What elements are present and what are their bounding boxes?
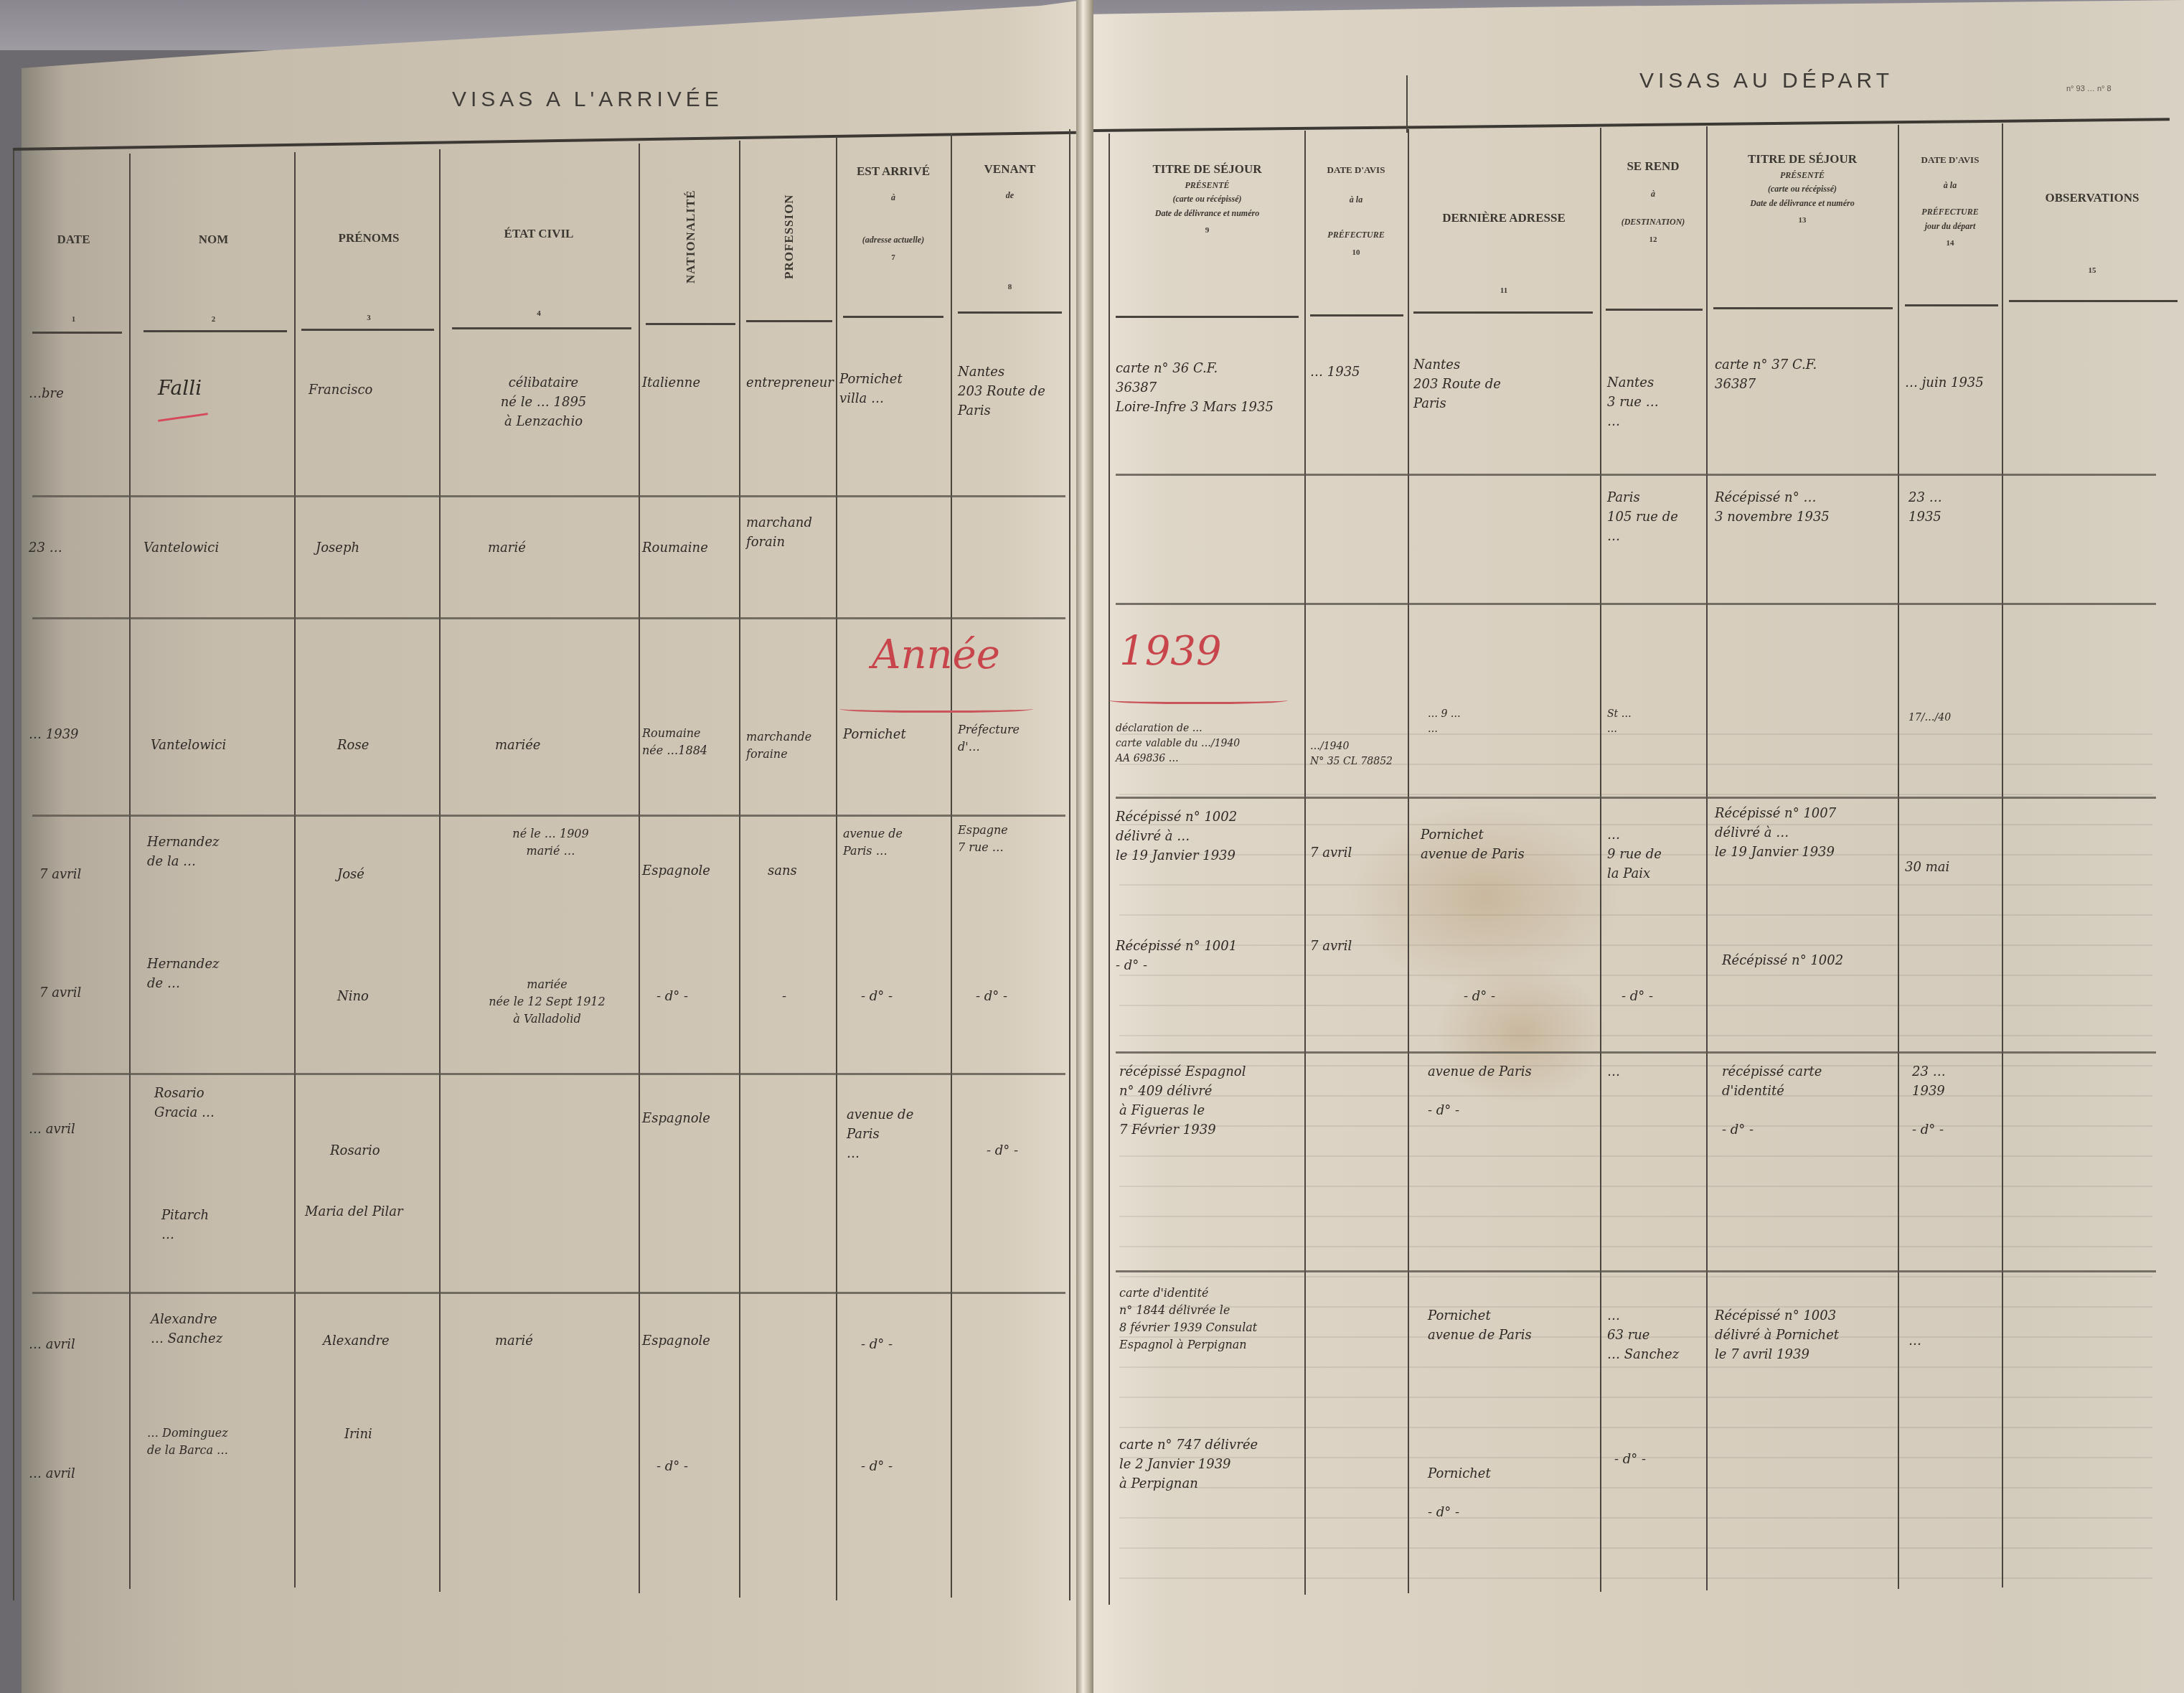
entry-se-rend: - d° - — [1621, 987, 1700, 1006]
col-header-titre-sejour: TITRE DE SÉJOUR PRÉSENTÉ (carte ou récép… — [1112, 159, 1302, 237]
entry-nom: Vantelowici — [143, 538, 291, 558]
entry-date: 23 … — [29, 538, 126, 558]
entry-nom: … Dominguez de la Barca … — [147, 1425, 294, 1459]
entry-etat-civil: mariée — [495, 736, 631, 755]
entry-prenoms: Nino — [337, 987, 434, 1006]
entry-date-avis-depart: 23 … 1939 - d° - — [1912, 1062, 1998, 1140]
entry-derniere-adresse: Pornichet - d° - — [1428, 1464, 1596, 1522]
entry-titre-sejour: Récépissé n° 1001 - d° - — [1116, 937, 1302, 975]
year-annotation-year: 1939 — [1119, 632, 1222, 672]
entry-titre-sejour: carte d'identité n° 1844 délivrée le 8 f… — [1119, 1285, 1302, 1354]
entry-derniere-adresse: … 9 … … — [1428, 707, 1593, 737]
red-wavy-underline — [1109, 695, 1288, 704]
entry-date: …bre — [29, 384, 126, 403]
entry-prenoms: Rosario — [330, 1141, 434, 1160]
col-header-date-avis: DATE D'AVIS à la PRÉFECTURE 10 — [1307, 159, 1405, 259]
entry-se-rend: … 63 rue … Sanchez — [1607, 1306, 1704, 1364]
entry-date-avis-depart: 23 … 1935 — [1908, 488, 1998, 527]
entry-titre-sejour-depart: carte n° 37 C.F. 36387 — [1715, 355, 1894, 394]
col-header-se-rend: SE REND à (DESTINATION) 12 — [1603, 156, 1703, 246]
entry-date-avis-depart: … juin 1935 — [1905, 373, 1998, 393]
form-reference: n° 93 … n° 8 — [2066, 85, 2112, 93]
entry-nom: Hernandez de la … — [147, 833, 291, 871]
entry-est-arrive: avenue de Paris … — [843, 825, 943, 860]
entry-date: … avril — [29, 1120, 129, 1139]
entry-titre-sejour: carte n° 747 délivrée le 2 Janvier 1939 … — [1119, 1435, 1302, 1493]
col-header-est-arrive: EST ARRIVÉ à (adresse actuelle) 7 — [839, 161, 947, 264]
entry-est-arrive: Pornichet — [843, 725, 943, 744]
entry-titre-sejour: carte n° 36 C.F. 36387 Loire-Infre 3 Mar… — [1116, 359, 1302, 417]
entry-nom: Rosario Gracia … — [154, 1084, 291, 1122]
entry-date: … 1939 — [29, 725, 126, 744]
entry-date-avis-depart: 17/…/40 — [1908, 711, 1998, 726]
entry-prenoms: Rose — [337, 736, 434, 755]
entry-date-avis: … 1935 — [1310, 362, 1403, 382]
entry-etat-civil: marié — [488, 538, 631, 558]
entry-venant: - d° - — [976, 987, 1062, 1006]
entry-prenoms: José — [337, 865, 434, 884]
col-header-derniere-adresse: DERNIÈRE ADRESSE 11 — [1411, 208, 1597, 298]
red-wavy-underline — [839, 703, 1033, 713]
entry-se-rend: Nantes 3 rue … … — [1607, 373, 1704, 431]
entry-profession: marchande foraine — [746, 728, 832, 763]
entry-date: 7 avril — [39, 983, 129, 1003]
entry-prenoms: Maria del Pilar — [305, 1202, 434, 1221]
entry-date-avis-depart: 30 mai — [1905, 858, 1998, 877]
entry-venant: Nantes 203 Route de Paris — [958, 362, 1065, 421]
col-header-venant: VENANT de 8 — [954, 159, 1065, 294]
entry-nationalite: Roumaine — [642, 538, 735, 558]
entry-date-avis: 7 avril — [1310, 843, 1403, 863]
entry-titre-sejour-depart: Récépissé n° 1002 — [1722, 951, 1894, 970]
entry-nationalite: - d° - — [656, 1457, 735, 1476]
entry-derniere-adresse: Nantes 203 Route de Paris — [1413, 355, 1596, 413]
entry-prenoms: Alexandre — [323, 1331, 434, 1351]
book-spine — [1076, 0, 1093, 1693]
entry-profession: - — [782, 987, 832, 1006]
entry-est-arrive: - d° - — [861, 987, 943, 1006]
entry-se-rend: … — [1607, 1062, 1704, 1082]
entry-est-arrive: avenue de Paris … — [847, 1105, 943, 1163]
entry-nationalite: Espagnole — [642, 861, 735, 881]
entry-etat-civil: marié — [495, 1331, 631, 1351]
entry-etat-civil: mariée née le 12 Sept 1912 à Valladolid — [459, 976, 635, 1028]
entry-profession: entrepreneur — [746, 373, 832, 393]
entry-date: … avril — [29, 1335, 129, 1354]
entry-venant: Préfecture d'… — [958, 721, 1065, 756]
entry-titre-sejour-depart: Récépissé n° … 3 novembre 1935 — [1715, 488, 1894, 527]
entry-nationalite: Espagnole — [642, 1331, 735, 1351]
entry-est-arrive: - d° - — [861, 1457, 943, 1476]
entry-venant: - d° - — [987, 1141, 1065, 1160]
entry-nationalite: - d° - — [656, 987, 735, 1006]
entry-prenoms: Francisco — [309, 380, 434, 400]
entry-derniere-adresse: avenue de Paris - d° - — [1428, 1062, 1596, 1120]
entry-titre-sejour: Récépissé n° 1002 délivré à … le 19 Janv… — [1116, 807, 1302, 866]
entry-prenoms: Joseph — [316, 538, 434, 558]
entry-titre-sejour: déclaration de … carte valable du …/1940… — [1116, 721, 1302, 766]
entry-date: 7 avril — [39, 865, 129, 884]
arrival-section-title: VISAS A L'ARRIVÉE — [452, 88, 723, 112]
departure-section-title: VISAS AU DÉPART — [1639, 69, 1893, 93]
entry-se-rend: - d° - — [1614, 1450, 1704, 1469]
col-header-etat-civil: ÉTAT CIVIL4 — [445, 224, 633, 321]
entry-venant: Espagne 7 rue … — [958, 822, 1065, 856]
entry-nationalite: Italienne — [642, 373, 735, 393]
year-annotation-word: Année — [872, 635, 1000, 675]
entry-profession: marchand forain — [746, 513, 832, 552]
entry-se-rend: … 9 rue de la Paix — [1607, 825, 1704, 883]
entry-nom: Pitarch … — [161, 1206, 291, 1244]
entry-titre-sejour-depart: Récépissé n° 1003 délivré à Pornichet le… — [1715, 1306, 1894, 1364]
col-header-profession: PROFESSION — [746, 169, 832, 305]
col-header-nom: NOM2 — [136, 230, 291, 327]
entry-prenoms: Irini — [344, 1425, 434, 1444]
col-header-prenoms: PRÉNOMS3 — [301, 228, 436, 325]
entry-est-arrive: - d° - — [861, 1335, 943, 1354]
entry-titre-sejour-depart: récépissé carte d'identité - d° - — [1722, 1062, 1894, 1140]
entry-derniere-adresse: - d° - — [1464, 987, 1593, 1006]
entry-se-rend: Paris 105 rue de … — [1607, 488, 1704, 546]
entry-date-avis: 7 avril — [1310, 937, 1403, 956]
entry-nom: Falli — [158, 373, 291, 403]
col-header-date: DATE1 — [22, 230, 126, 327]
col-header-observations: OBSERVATIONS 15 — [2006, 188, 2178, 278]
col-header-nationalite: NATIONALITÉ — [646, 165, 735, 309]
entry-nationalite: Roumaine née …1884 — [642, 725, 735, 759]
entry-derniere-adresse: Pornichet avenue de Paris — [1421, 825, 1596, 864]
entry-date: … avril — [29, 1464, 129, 1483]
entry-titre-sejour: récépissé Espagnol n° 409 délivré à Figu… — [1119, 1062, 1302, 1140]
entry-profession: sans — [768, 861, 832, 881]
entry-nom: Vantelowici — [151, 736, 291, 755]
entry-derniere-adresse: Pornichet avenue de Paris — [1428, 1306, 1596, 1345]
entry-nom: Hernandez de … — [147, 955, 291, 993]
entry-se-rend: St … … — [1607, 707, 1704, 737]
entry-date-avis: …/1940 N° 35 CL 78852 — [1310, 739, 1403, 769]
section-divider — [1406, 75, 1408, 133]
entry-titre-sejour-depart: Récépissé n° 1007 délivré à … le 19 Janv… — [1715, 804, 1894, 862]
entry-date-avis-depart: … — [1908, 1331, 1998, 1351]
entry-etat-civil: célibataire né le … 1895 à Lenzachio — [452, 373, 635, 431]
entry-est-arrive: Pornichet villa … — [839, 370, 947, 408]
col-header-date-avis-depart: DATE D'AVIS à la PRÉFECTURE jour du dépa… — [1901, 149, 1999, 250]
entry-etat-civil: né le … 1909 marié … — [466, 825, 635, 860]
entry-nationalite: Espagnole — [642, 1109, 735, 1128]
entry-nom: Alexandre … Sanchez — [151, 1310, 291, 1349]
col-header-titre-sejour-depart: TITRE DE SÉJOUR PRÉSENTÉ (carte ou récép… — [1709, 149, 1896, 227]
